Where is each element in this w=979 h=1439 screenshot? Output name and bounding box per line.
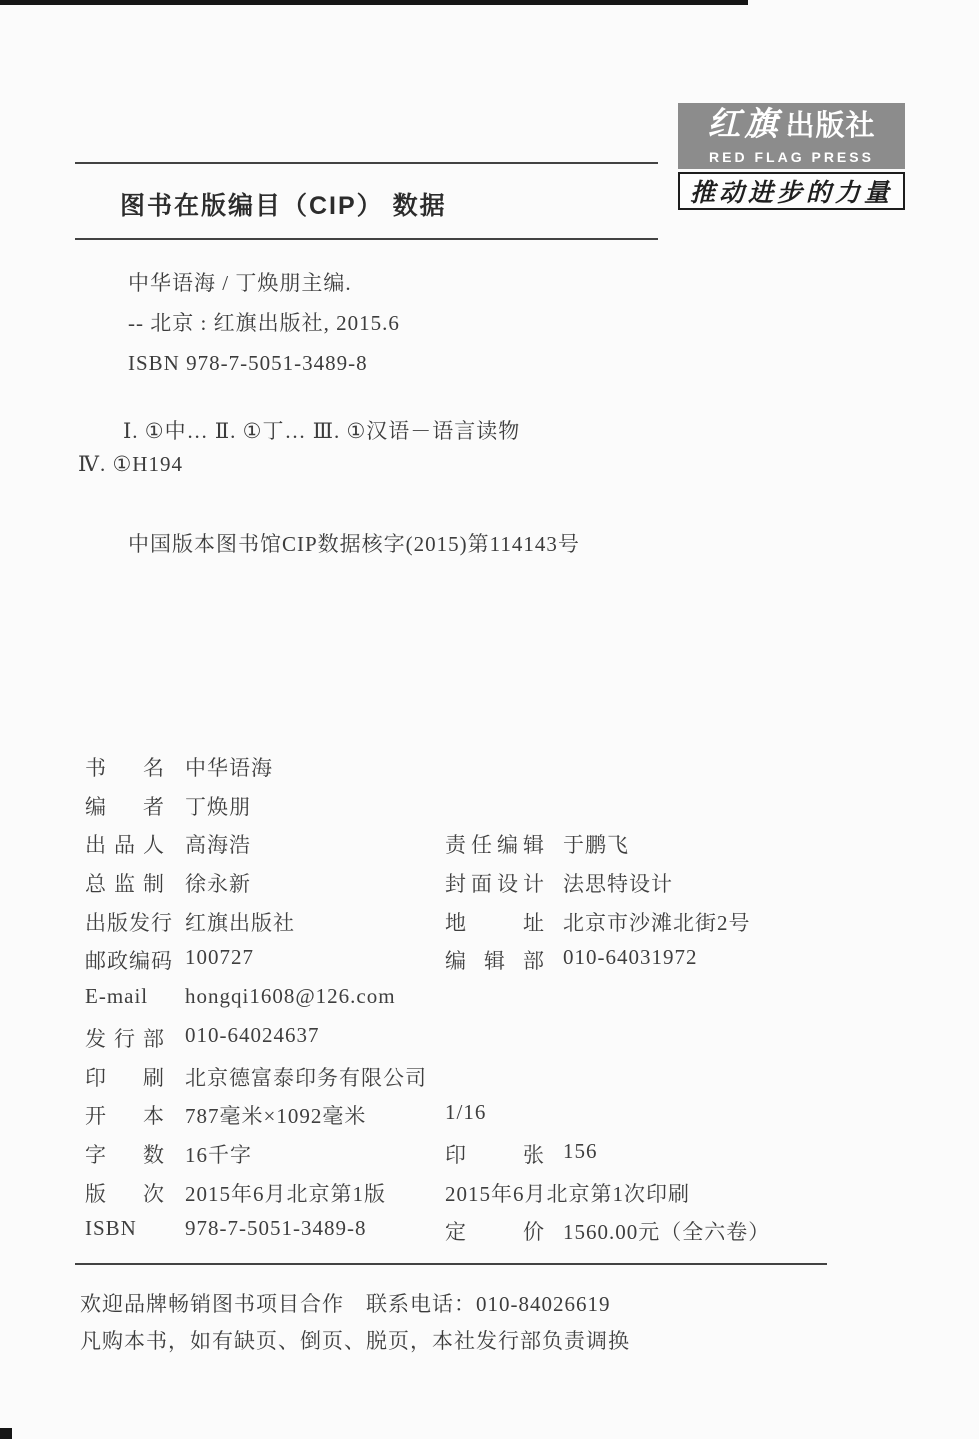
row-right-value: 156 [563, 1139, 598, 1164]
row-label: ISBN [85, 1216, 165, 1241]
cip-rule-bottom [75, 238, 658, 240]
row-right-value: 1560.00元（全六卷） [563, 1216, 770, 1246]
row-label: 出品人 [85, 829, 165, 859]
row-right-label: 地址 [445, 907, 545, 937]
colophon-row-distribution: 发行部010-64024637 [85, 1023, 945, 1062]
colophon-row-supervisor: 总监制徐永新 封面设计法思特设计 [85, 868, 945, 907]
row-label: 出版发行 [85, 907, 165, 937]
row-value: 978-7-5051-3489-8 [185, 1216, 366, 1241]
cip-record-line-title: 中华语海 / 丁焕朋主编. [128, 263, 400, 303]
row-value: 中华语海 [185, 752, 273, 782]
row-value: 2015年6月北京第1版 [185, 1178, 386, 1208]
colophon-row-format: 开本787毫米×1092毫米 1/16 [85, 1100, 945, 1139]
colophon-row-printer: 印刷北京德富泰印务有限公司 [85, 1062, 945, 1101]
publisher-logo: 红旗出版社 RED FLAG PRESS 推动进步的力量 [678, 103, 905, 210]
cip-classification-line2: Ⅳ. ①H194 [78, 452, 183, 477]
row-label: 书名 [85, 752, 165, 782]
cip-rule-top [75, 162, 658, 164]
row-value: 010-64024637 [185, 1023, 320, 1048]
row-right-value: 法思特设计 [563, 868, 673, 898]
publisher-name-script: 红旗 [707, 104, 781, 143]
publisher-tagline: 推动进步的力量 [678, 172, 905, 210]
row-label: 版次 [85, 1178, 165, 1208]
row-label: 总监制 [85, 868, 165, 898]
row-right-value: 北京市沙滩北街2号 [563, 907, 751, 937]
scan-top-edge [0, 0, 748, 5]
colophon-row-isbn: ISBN978-7-5051-3489-8 定价1560.00元（全六卷） [85, 1216, 945, 1255]
footer-rule [75, 1263, 827, 1265]
row-value: 16千字 [185, 1139, 252, 1169]
row-value: 红旗出版社 [185, 907, 295, 937]
row-label: 开本 [85, 1100, 165, 1130]
publisher-logo-banner: 红旗出版社 RED FLAG PRESS [678, 103, 905, 169]
row-label: 发行部 [85, 1023, 165, 1053]
row-right-label: 封面设计 [445, 868, 545, 898]
row-right-value: 010-64031972 [563, 945, 698, 970]
row-label: 字数 [85, 1139, 165, 1169]
row-right-label: 责任编辑 [445, 829, 545, 859]
colophon-row-postcode: 邮政编码100727 编辑部010-64031972 [85, 945, 945, 984]
row-label: 邮政编码 [85, 945, 165, 975]
row-right-label: 印张 [445, 1139, 545, 1169]
publisher-name-en: RED FLAG PRESS [709, 148, 874, 166]
row-value: 高海浩 [185, 829, 251, 859]
footer-replacement-line: 凡购本书，如有缺页、倒页、脱页，本社发行部负责调换 [80, 1325, 630, 1355]
row-value: 北京德富泰印务有限公司 [185, 1062, 427, 1092]
row-value: 丁焕朋 [185, 791, 251, 821]
cip-registry-number: 中国版本图书馆CIP数据核字(2015)第114143号 [128, 528, 580, 558]
row-label: 编者 [85, 791, 165, 821]
row-right-label: 定价 [445, 1216, 545, 1246]
row-value: 徐永新 [185, 868, 251, 898]
publisher-name-cn: 红旗出版社 [707, 107, 875, 148]
row-right-value: 于鹏飞 [563, 829, 629, 859]
row-right-value: 2015年6月北京第1次印刷 [445, 1182, 690, 1206]
cip-classification-line1: Ⅰ. ①中… Ⅱ. ①丁… Ⅲ. ①汉语－语言读物 [123, 415, 520, 445]
colophon-row-book-title: 书名中华语海 [85, 752, 945, 791]
colophon-table: 书名中华语海 编者丁焕朋 出品人高海浩 责任编辑于鹏飞 总监制徐永新 封面设计法… [85, 752, 945, 1255]
row-label: 印刷 [85, 1062, 165, 1092]
colophon-row-editor: 编者丁焕朋 [85, 791, 945, 830]
row-value: 787毫米×1092毫米 [185, 1100, 366, 1130]
cip-record-line-isbn: ISBN 978-7-5051-3489-8 [128, 343, 400, 383]
colophon-row-producer: 出品人高海浩 责任编辑于鹏飞 [85, 829, 945, 868]
colophon-row-publisher: 出版发行红旗出版社 地址北京市沙滩北街2号 [85, 907, 945, 946]
publisher-name-bold: 出版社 [785, 110, 875, 142]
cip-record-block: 中华语海 / 丁焕朋主编. -- 北京 : 红旗出版社, 2015.6 ISBN… [128, 263, 400, 383]
row-value: 100727 [185, 945, 254, 970]
cip-record-line-publisher: -- 北京 : 红旗出版社, 2015.6 [128, 303, 400, 343]
colophon-row-wordcount: 字数16千字 印张156 [85, 1139, 945, 1178]
colophon-row-edition: 版次2015年6月北京第1版 2015年6月北京第1次印刷 [85, 1178, 945, 1217]
cip-heading: 图书在版编目（CIP） 数据 [120, 186, 447, 222]
scan-corner-mark [0, 1428, 12, 1439]
row-label: E-mail [85, 984, 165, 1009]
colophon-row-email: E-mailhongqi1608@126.com [85, 984, 945, 1023]
row-value: hongqi1608@126.com [185, 984, 396, 1009]
row-right-value: 1/16 [445, 1100, 486, 1124]
footer-cooperation-line: 欢迎品牌畅销图书项目合作 联系电话：010-84026619 [80, 1288, 611, 1318]
row-right-label: 编辑部 [445, 945, 545, 975]
